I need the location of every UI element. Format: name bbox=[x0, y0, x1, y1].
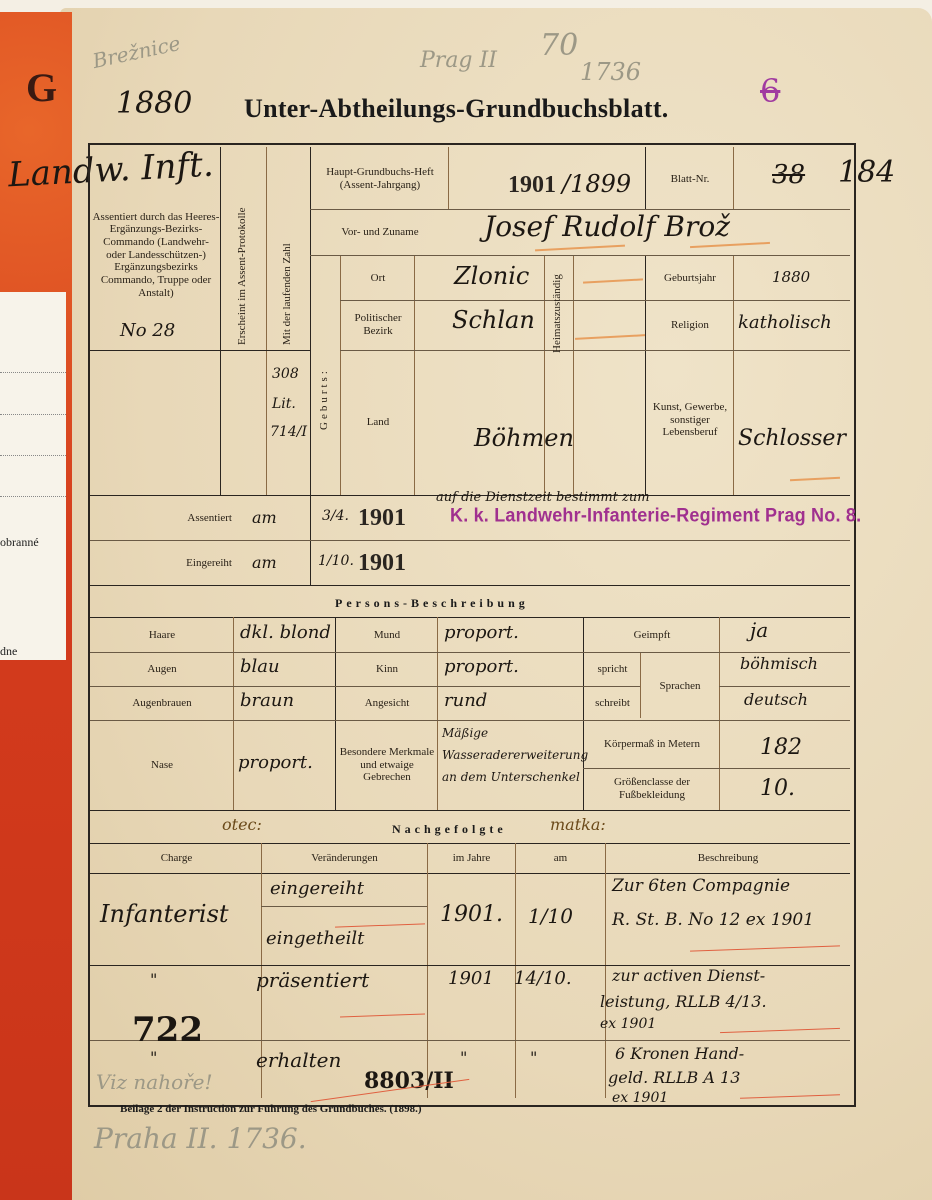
table-row-change: eingetheilt bbox=[266, 928, 364, 949]
assentiert-day: 3/4. bbox=[322, 508, 349, 524]
table-row-desc: 6 Kronen Hand- bbox=[615, 1044, 744, 1063]
table-row-desc: leistung, RLLB 4/13. bbox=[600, 992, 767, 1011]
pencil-viz-note: Viz nahoře! bbox=[96, 1070, 213, 1094]
haare-value: dkl. blond bbox=[240, 622, 331, 643]
number-8803: 8803/II bbox=[364, 1068, 454, 1094]
beruf-value: Schlosser bbox=[738, 426, 846, 451]
name-label: Vor- und Zuname bbox=[312, 210, 448, 254]
name-value: Josef Rudolf Brož bbox=[484, 210, 730, 243]
ort-value: Zlonic bbox=[454, 262, 529, 290]
eingereiht-year: 1901 bbox=[358, 550, 406, 577]
violet-number: 6 bbox=[760, 72, 780, 110]
sprachen-value: deutsch bbox=[744, 690, 808, 709]
col-header-beschreibung: Beschreibung bbox=[606, 845, 850, 872]
table-row-day: " bbox=[530, 1048, 537, 1067]
augenbrauen-value: braun bbox=[240, 690, 294, 711]
religion-label: Religion bbox=[647, 301, 733, 349]
zahl-value: 714/I bbox=[270, 424, 307, 440]
form-title: Unter-Abtheilungs-Grundbuchsblatt. bbox=[244, 94, 669, 124]
assent-label: Assentiert durch das Heeres-Ergänzungs-B… bbox=[92, 195, 220, 315]
side-tab-text: obranné bbox=[0, 535, 39, 550]
haare-label: Haare bbox=[92, 619, 232, 651]
kinn-value: proport. bbox=[444, 656, 519, 677]
bezirk-label: Politischer Bezirk bbox=[342, 301, 414, 349]
nase-value: proport. bbox=[238, 752, 313, 773]
pencil-note: Prag II bbox=[420, 48, 497, 73]
groesse-label: Körpermaß in Metern bbox=[585, 721, 719, 767]
col-header-charge: Charge bbox=[92, 845, 261, 872]
table-row-change: präsentiert bbox=[256, 968, 369, 992]
geburts-label: Geburts: bbox=[318, 330, 330, 430]
eingereiht-label: Eingereiht bbox=[92, 542, 232, 584]
number-722: 722 bbox=[132, 1010, 203, 1050]
handwritten-year: 1880 bbox=[116, 86, 192, 121]
table-row-change: eingereiht bbox=[270, 878, 364, 899]
assent-value: No 28 bbox=[120, 320, 175, 341]
eingereiht-am: am bbox=[252, 553, 277, 572]
bezirk-value: Schlan bbox=[452, 306, 535, 334]
blatt-label: Blatt-Nr. bbox=[647, 150, 733, 208]
pencil-bottom-note: Praha II. 1736. bbox=[94, 1122, 307, 1155]
zahl-value: Lit. bbox=[272, 396, 296, 412]
table-row-desc: ex 1901 bbox=[612, 1090, 668, 1106]
description-section-title: Persons-Beschreibung bbox=[335, 596, 529, 611]
assentiert-year: 1901 bbox=[358, 505, 406, 532]
table-row-desc: R. St. B. No 12 ex 1901 bbox=[612, 910, 814, 930]
kinn-label: Kinn bbox=[337, 653, 437, 685]
heft-label: Haupt-Grundbuchs-Heft (Assent-Jahrgang) bbox=[312, 150, 448, 208]
binding-letter: G bbox=[26, 64, 57, 111]
form-footer: Beilage 2 der Instruction zur Führung de… bbox=[120, 1103, 422, 1115]
augen-label: Augen bbox=[92, 653, 232, 685]
table-row-desc: zur activen Dienst- bbox=[612, 966, 765, 985]
nase-label: Nase bbox=[92, 721, 232, 809]
spricht-label: spricht bbox=[585, 653, 640, 685]
table-row-year: 1901. bbox=[440, 902, 503, 927]
regiment-stamp: K. k. Landwehr-Infanterie-Regiment Prag … bbox=[450, 504, 861, 527]
table-row-year: 1901 bbox=[448, 968, 494, 989]
mund-label: Mund bbox=[337, 619, 437, 651]
heft-value: 1901 bbox=[508, 172, 556, 199]
blatt-value-struck: 38 bbox=[772, 160, 805, 190]
table-row-day: 14/10. bbox=[514, 968, 572, 989]
religion-value: katholisch bbox=[738, 312, 832, 333]
table-row-change: erhalten bbox=[256, 1048, 341, 1072]
otec-note: otec: bbox=[222, 815, 262, 834]
augen-value: blau bbox=[240, 656, 280, 677]
merkmale-label: Besondere Merkmale und etwaige Gebrechen bbox=[337, 730, 437, 800]
zahl-value: 308 bbox=[272, 366, 299, 382]
blatt-value: 184 bbox=[838, 155, 895, 190]
pencil-note: 70 bbox=[540, 28, 578, 63]
side-tab-text: dne bbox=[0, 644, 17, 659]
sprachen-value: böhmisch bbox=[740, 654, 818, 673]
geimpft-value: ja bbox=[750, 618, 768, 642]
land-label: Land bbox=[342, 351, 414, 494]
fuss-label: Größenclasse der Fußbekleidung bbox=[585, 769, 719, 809]
angesicht-value: rund bbox=[444, 690, 487, 711]
protokoll-label: Erscheint im Assent-Protokolle bbox=[236, 175, 248, 345]
heimat-label: Heimatszuständig bbox=[551, 258, 563, 353]
zahl-label: Mit der laufenden Zahl bbox=[281, 190, 293, 345]
groesse-value: 182 bbox=[760, 735, 802, 760]
table-row-charge: " bbox=[150, 1048, 157, 1067]
changes-section-title: Nachgefolgte bbox=[392, 822, 507, 837]
land-value: Böhmen bbox=[474, 424, 574, 452]
table-row-charge: Infanterist bbox=[100, 900, 229, 928]
eingereiht-day: 1/10. bbox=[318, 553, 354, 569]
geimpft-label: Geimpft bbox=[585, 619, 719, 651]
col-header-jahr: im Jahre bbox=[428, 845, 515, 872]
schreibt-label: schreibt bbox=[585, 687, 640, 719]
col-header-am: am bbox=[516, 845, 605, 872]
geburtsjahr-value: 1880 bbox=[772, 268, 810, 286]
augenbrauen-label: Augenbrauen bbox=[92, 687, 232, 719]
table-row-desc: ex 1901 bbox=[600, 1016, 656, 1032]
col-header-veraenderungen: Veränderungen bbox=[262, 845, 427, 872]
merkmale-value: Mäßige Wasseradererweiterung an dem Unte… bbox=[442, 722, 582, 788]
side-tab-card: obranné dne bbox=[0, 292, 66, 660]
beruf-label: Kunst, Gewerbe, sonstiger Lebensberuf bbox=[647, 380, 733, 460]
assentiert-label: Assentiert bbox=[92, 497, 232, 539]
table-row-day: 1/10 bbox=[528, 904, 573, 928]
table-row-desc: Zur 6ten Compagnie bbox=[612, 876, 790, 896]
sprachen-label: Sprachen bbox=[641, 653, 719, 719]
assentiert-am: am bbox=[252, 508, 277, 527]
ort-label: Ort bbox=[342, 257, 414, 299]
matka-note: matka: bbox=[550, 815, 606, 834]
table-row-year: " bbox=[460, 1048, 467, 1067]
assentiert-note: auf die Dienstzeit bestimmt zum bbox=[436, 490, 650, 505]
geburtsjahr-label: Geburtsjahr bbox=[647, 257, 733, 299]
mund-value: proport. bbox=[444, 622, 519, 643]
heft-value-handwritten: /1899 bbox=[562, 170, 631, 198]
table-row-desc: geld. RLLB A 13 bbox=[608, 1068, 740, 1087]
table-row-charge: " bbox=[150, 970, 157, 989]
pencil-note: 1736 bbox=[580, 58, 641, 86]
fuss-value: 10. bbox=[760, 776, 795, 801]
angesicht-label: Angesicht bbox=[337, 687, 437, 719]
